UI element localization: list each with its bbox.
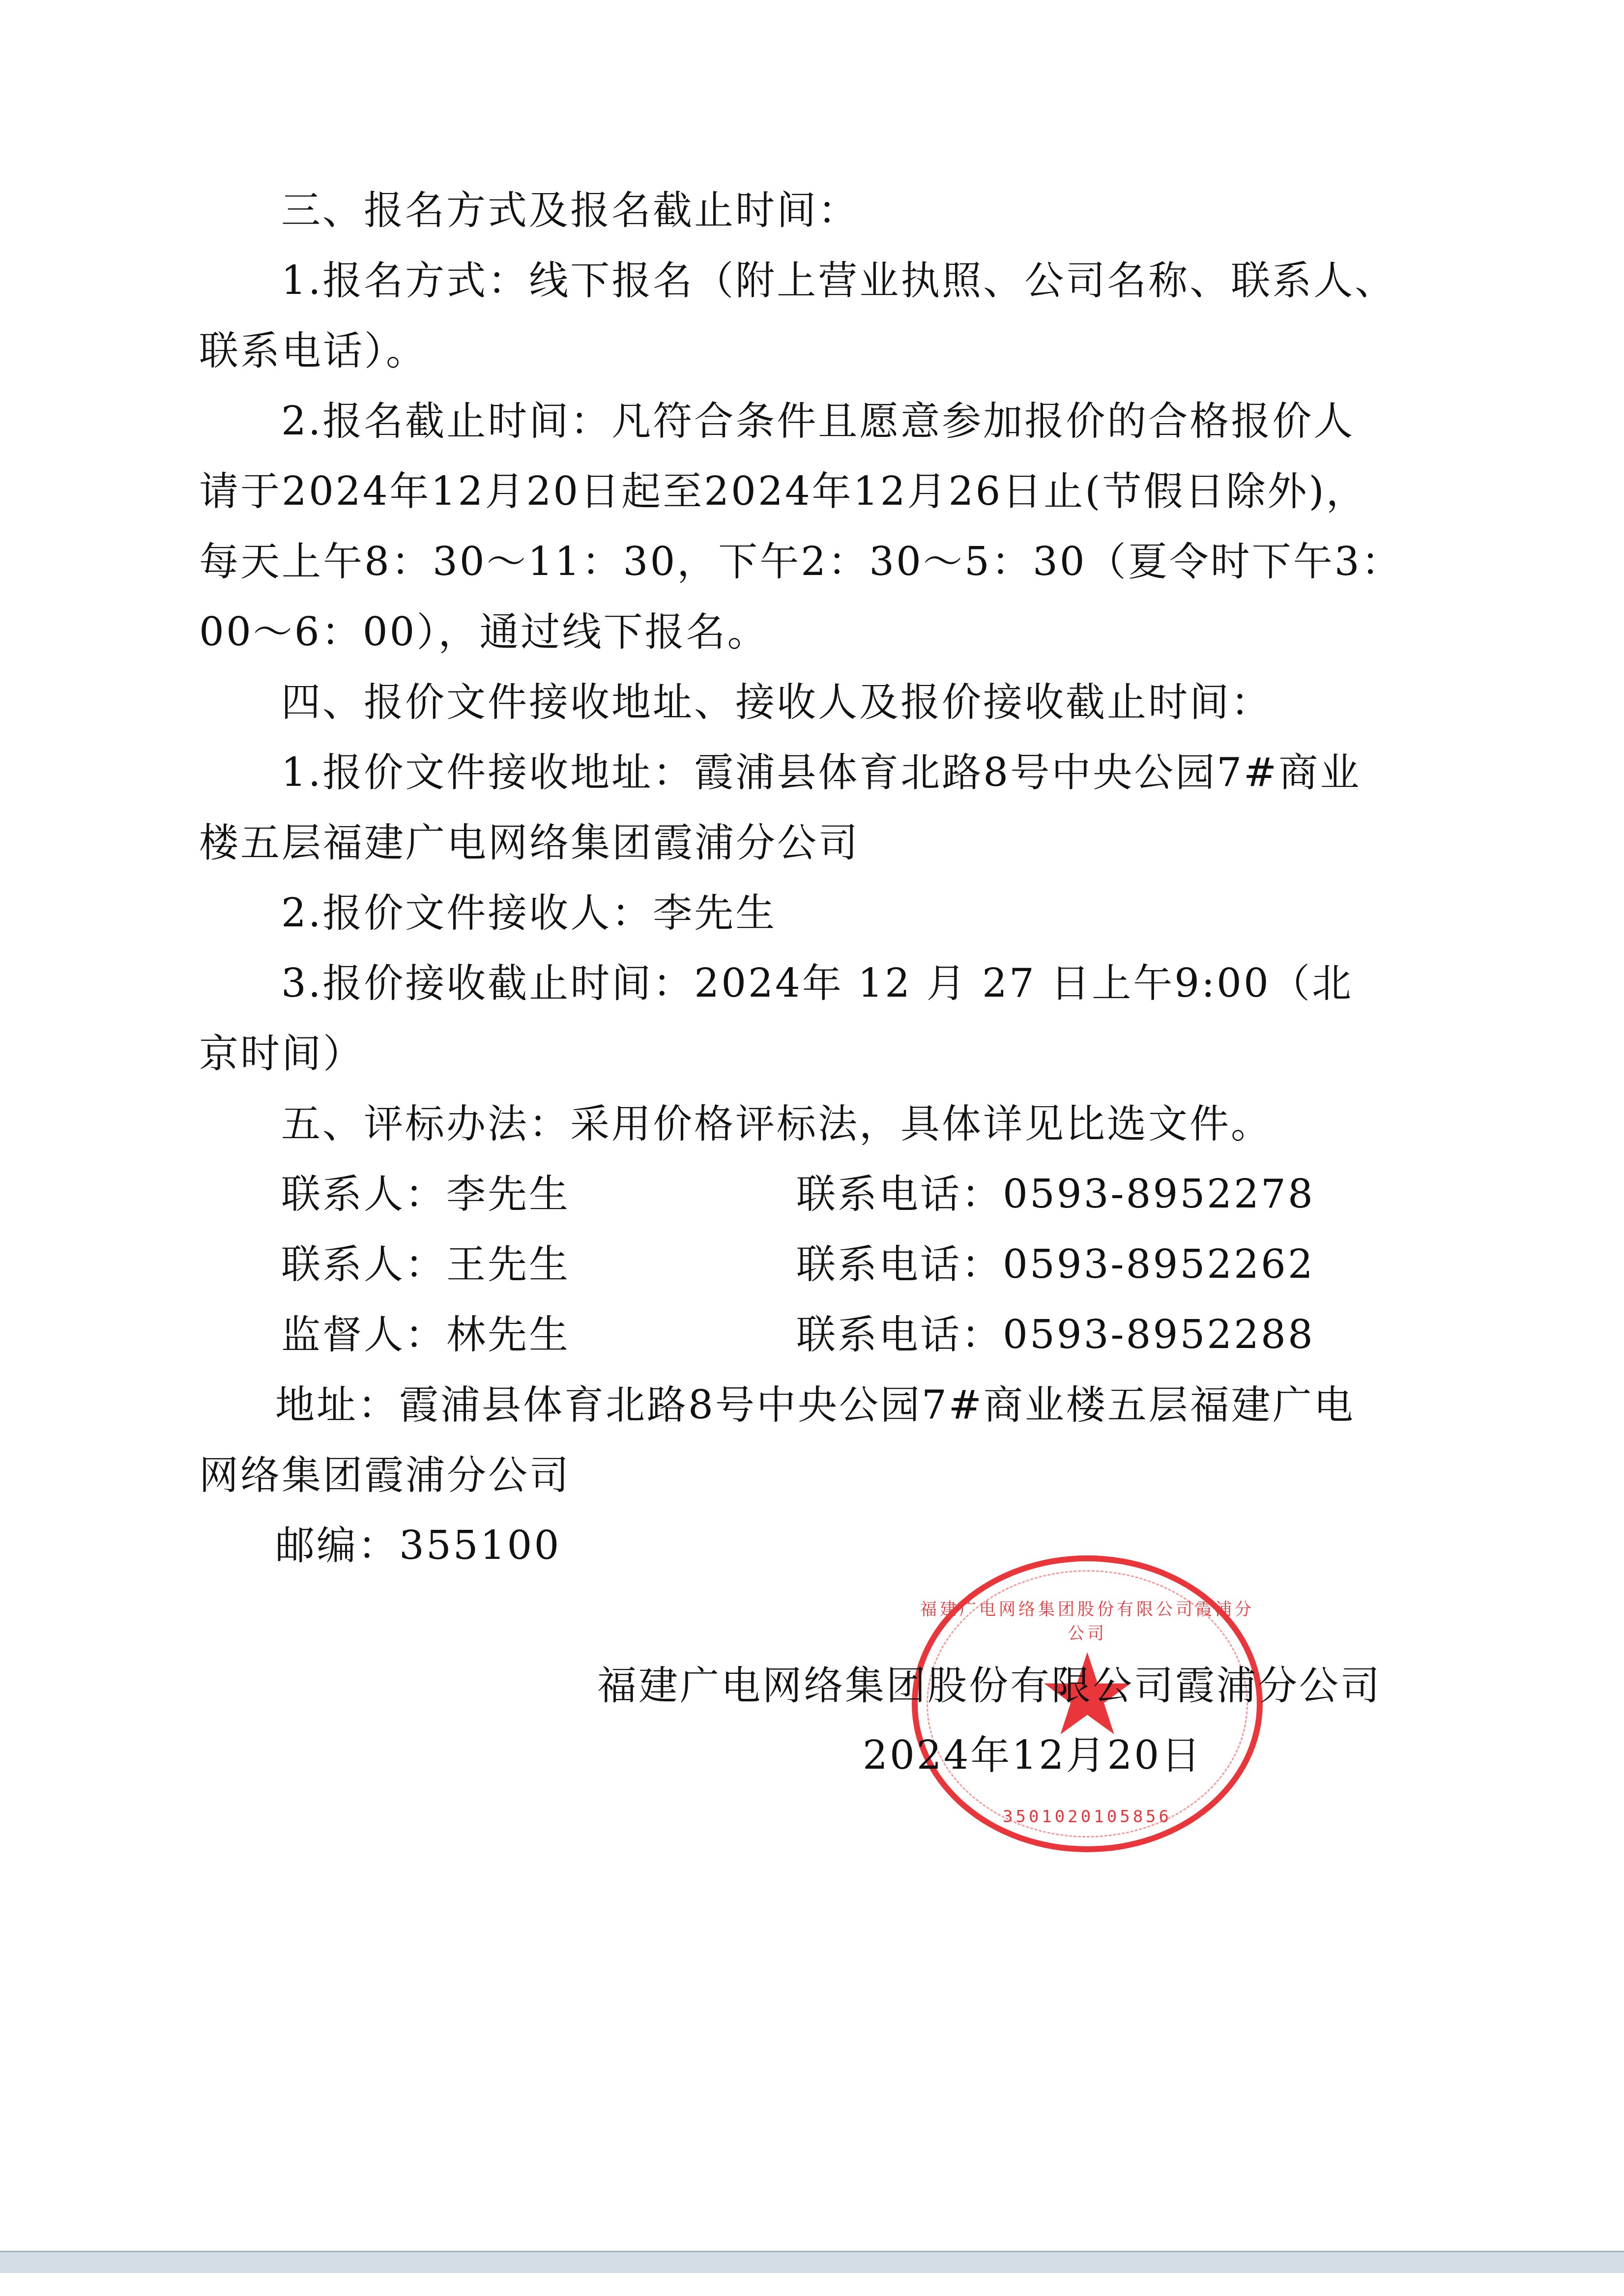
section3-item1-line2: 联系电话）。 — [199, 326, 1438, 375]
signature-date: 2024年12月20日 — [863, 1731, 1202, 1780]
section5-heading: 五、评标办法：采用价格评标法，具体详见比选文件。 — [281, 1099, 1520, 1148]
seal-code: 3501020105856 — [918, 1807, 1257, 1827]
contact-phone: 联系电话：0593-8952278 — [796, 1170, 1315, 1219]
supervisor-person: 监督人：林先生 — [281, 1310, 570, 1359]
contact-person: 联系人：李先生 — [281, 1170, 570, 1219]
address-line2: 网络集团霞浦分公司 — [199, 1451, 1438, 1500]
document-page: 三、报名方式及报名截止时间： 1.报名方式：线下报名（附上营业执照、公司名称、联… — [0, 0, 1624, 2296]
section4-item1-line1: 1.报价文件接收地址：霞浦县体育北路8号中央公园7#商业 — [281, 748, 1520, 797]
section3-item1-line1: 1.报名方式：线下报名（附上营业执照、公司名称、联系人、 — [281, 256, 1520, 305]
supervisor-phone: 联系电话：0593-8952288 — [796, 1310, 1315, 1359]
contact-phone: 联系电话：0593-8952262 — [796, 1240, 1315, 1289]
section4-heading: 四、报价文件接收地址、接收人及报价接收截止时间： — [281, 678, 1520, 727]
section4-item2: 2.报价文件接收人：李先生 — [281, 889, 1520, 938]
scan-edge-band — [0, 2251, 1624, 2273]
section3-item2-line4: 00～6：00），通过线下报名。 — [199, 607, 1438, 657]
section3-heading: 三、报名方式及报名截止时间： — [281, 186, 1520, 235]
signature-company: 福建广电网络集团股份有限公司霞浦分公司 — [597, 1661, 1382, 1710]
section4-item3-line1: 3.报价接收截止时间：2024年 12 月 27 日上午9:00（北 — [281, 959, 1520, 1008]
postcode: 邮编：355100 — [275, 1521, 1514, 1570]
contact-person: 联系人：王先生 — [281, 1240, 570, 1289]
section4-item1-line2: 楼五层福建广电网络集团霞浦分公司 — [199, 818, 1438, 867]
section3-item2-line3: 每天上午8：30～11：30，下午2：30～5：30（夏令时下午3： — [199, 537, 1438, 586]
section3-item2-line1: 2.报名截止时间：凡符合条件且愿意参加报价的合格报价人 — [281, 397, 1520, 446]
section4-item3-line2: 京时间） — [199, 1029, 1438, 1078]
section3-item2-line2: 请于2024年12月20日起至2024年12月26日止(节假日除外)， — [199, 467, 1438, 516]
address-line1: 地址：霞浦县体育北路8号中央公园7#商业楼五层福建广电 — [275, 1380, 1514, 1430]
